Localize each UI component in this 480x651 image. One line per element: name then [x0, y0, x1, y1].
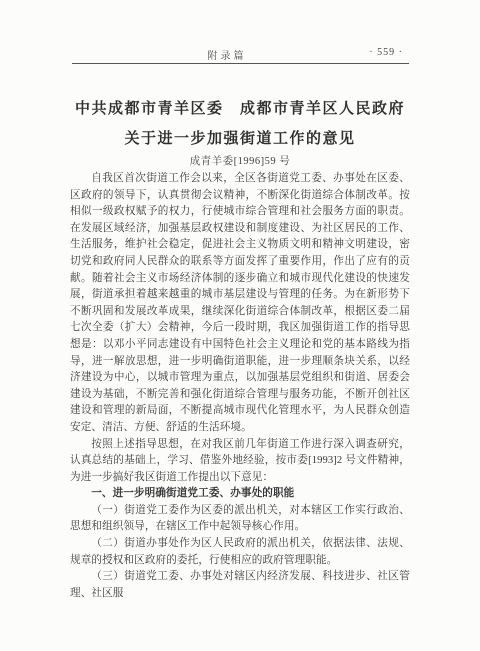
- page-header: 附录篇 · 559 ·: [72, 47, 409, 64]
- body-paragraph: 按照上述指导思想，在对我区前几年街道工作进行深入调查研究，认真总结的基础上，学习…: [70, 437, 410, 487]
- scanned-document-page: 附录篇 · 559 · 中共成都市青羊区委 成都市青羊区人民政府 关于进一步加强…: [0, 0, 480, 651]
- list-item: （二）街道办事处作为区人民政府的派出机关，依据法律、法规、规章的授权和区政府的委…: [70, 536, 410, 569]
- section-heading: 一、进一步明确街道党工委、办事处的职能: [70, 486, 410, 503]
- document-body: 自我区首次街道工作会以来，全区各街道党工委、办事处在区委、区政府的领导下，认真贯…: [70, 171, 410, 602]
- document-title-line2: 关于进一步加强街道工作的意见: [40, 127, 440, 148]
- page-number: · 559 ·: [369, 47, 403, 58]
- list-item: （一）街道党工委作为区委的派出机关，对本辖区工作实行政治、思想和组织领导，在辖区…: [70, 503, 410, 536]
- running-head-section-label: 附录篇: [208, 47, 247, 62]
- list-item: （三）街道党工委、办事处对辖区内经济发展、科技进步、社区管理、社区服: [70, 569, 410, 602]
- document-number: 成青羊委[1996]59 号: [40, 153, 440, 168]
- body-paragraph: 自我区首次街道工作会以来，全区各街道党工委、办事处在区委、区政府的领导下，认真贯…: [70, 171, 410, 437]
- document-title-line1: 中共成都市青羊区委 成都市青羊区人民政府: [40, 97, 440, 118]
